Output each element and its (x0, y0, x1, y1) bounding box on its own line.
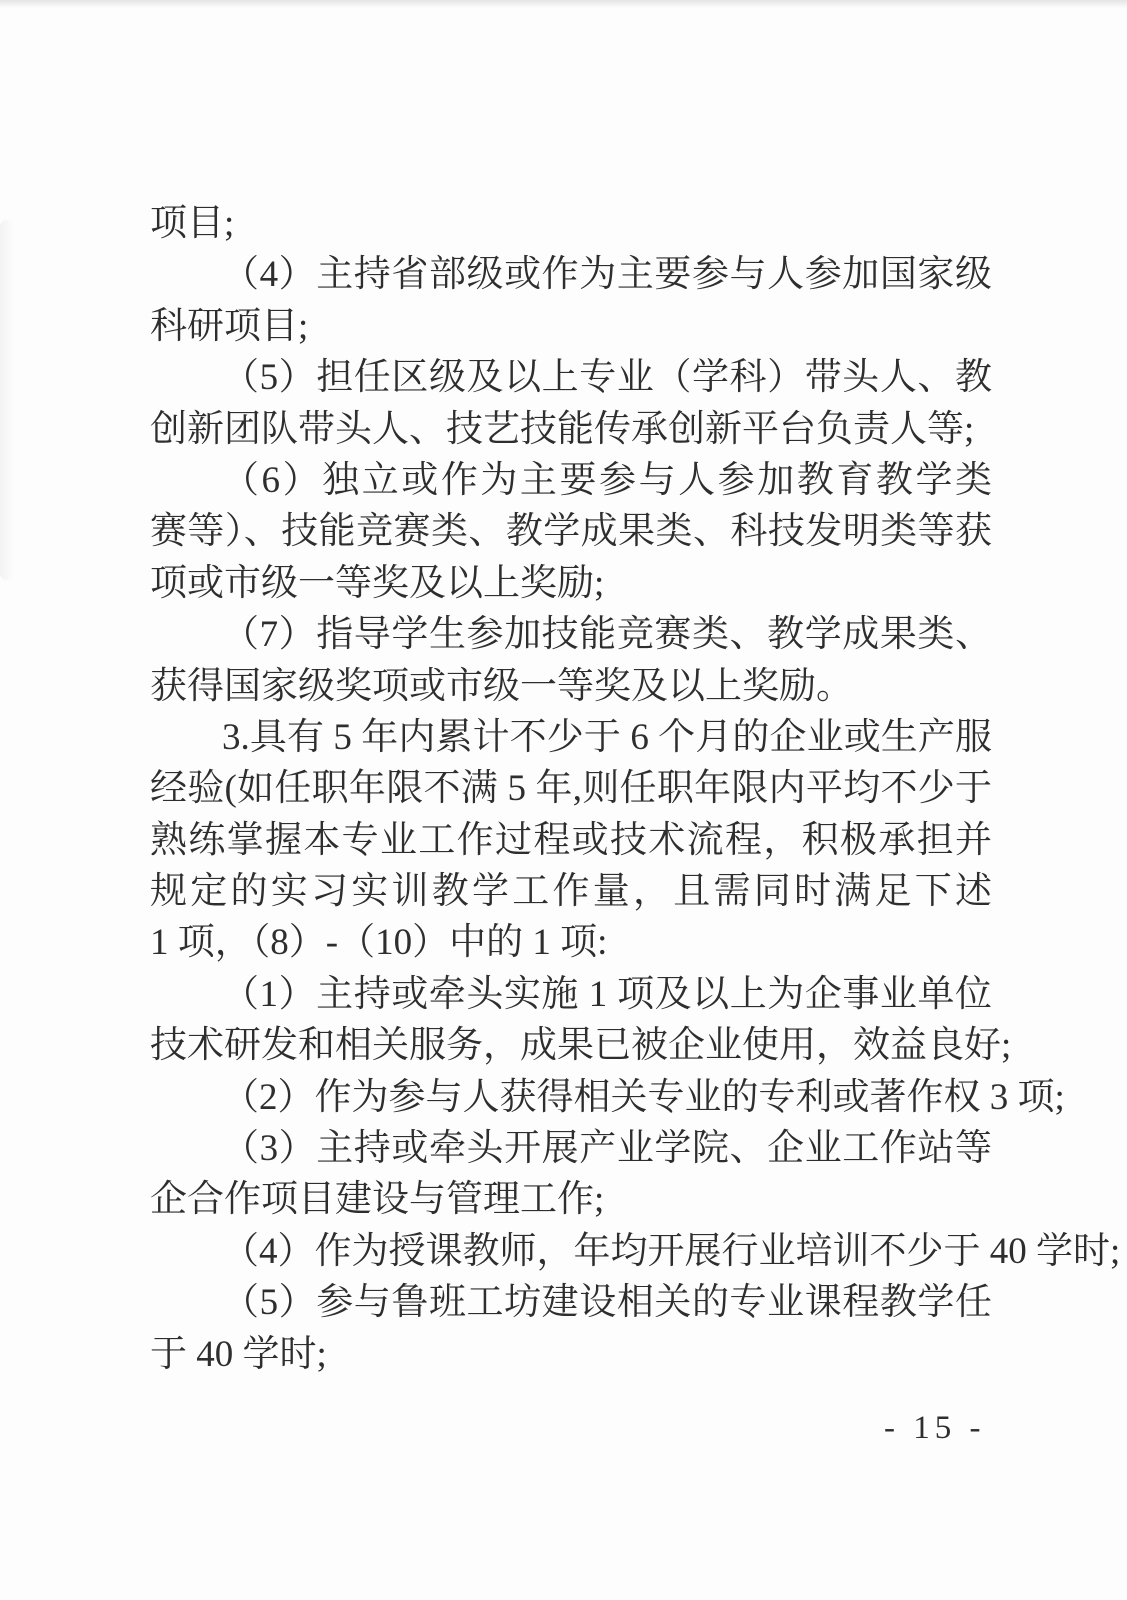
scan-artifact-left (0, 220, 14, 580)
scan-artifact-top (0, 0, 1127, 8)
text-line: 经验(如任职年限不满 5 年,则任职年限内平均不少于 1.2 个月), (150, 763, 992, 814)
text-line: （4）主持省部级或作为主要参与人参加国家级教学改革或 (150, 249, 992, 300)
text-line: （7）指导学生参加技能竞赛类、教学成果类、科技发明类等 (150, 609, 992, 660)
text-line: （5）参与鲁班工坊建设相关的专业课程教学任务累计不少 (150, 1277, 992, 1328)
text-line: （2）作为参与人获得相关专业的专利或著作权 3 项; (150, 1072, 992, 1123)
text-line: 赛等）、技能竞赛类、教学成果类、科技发明类等获得国家级奖 (150, 506, 992, 557)
text-line: 企合作项目建设与管理工作; (150, 1174, 992, 1225)
text-line: 创新团队带头人、技艺技能传承创新平台负责人等; (150, 404, 992, 455)
page-number: - 15 - (884, 1410, 985, 1446)
text-line: 3.具有 5 年内累计不少于 6 个月的企业或生产服务一线实践 (150, 712, 992, 763)
text-line: 获得国家级奖项或市级一等奖及以上奖励。 (150, 661, 992, 712)
text-line: （5）担任区级及以上专业（学科）带头人、教学名师、教学 (150, 352, 992, 403)
text-line: （4）作为授课教师，年均开展行业培训不少于 40 学时; (150, 1226, 992, 1277)
text-line: 1 项，（8）-（10）中的 1 项: (150, 917, 992, 968)
text-line: 规定的实习实训教学工作量，且需同时满足下述（1）-（7）中的 (150, 866, 992, 917)
text-line: 技术研发和相关服务，成果已被企业使用，效益良好; (150, 1020, 992, 1071)
text-line: 于 40 学时; (150, 1329, 992, 1380)
text-line: （6）独立或作为主要参与人参加教育教学类（如教学能力比 (150, 455, 992, 506)
text-line: 项或市级一等奖及以上奖励; (150, 558, 992, 609)
text-line: 项目; (150, 198, 992, 249)
text-line: 熟练掌握本专业工作过程或技术流程，积极承担并超额完成校级 (150, 815, 992, 866)
document-body: 项目;（4）主持省部级或作为主要参与人参加国家级教学改革或科研项目;（5）担任区… (150, 198, 992, 1380)
text-line: （1）主持或牵头实施 1 项及以上为企事业单位开展的各类 (150, 969, 992, 1020)
text-line: 科研项目; (150, 301, 992, 352)
text-line: （3）主持或牵头开展产业学院、企业工作站等产教融合、校 (150, 1123, 992, 1174)
document-page: 项目;（4）主持省部级或作为主要参与人参加国家级教学改革或科研项目;（5）担任区… (0, 0, 1127, 1600)
